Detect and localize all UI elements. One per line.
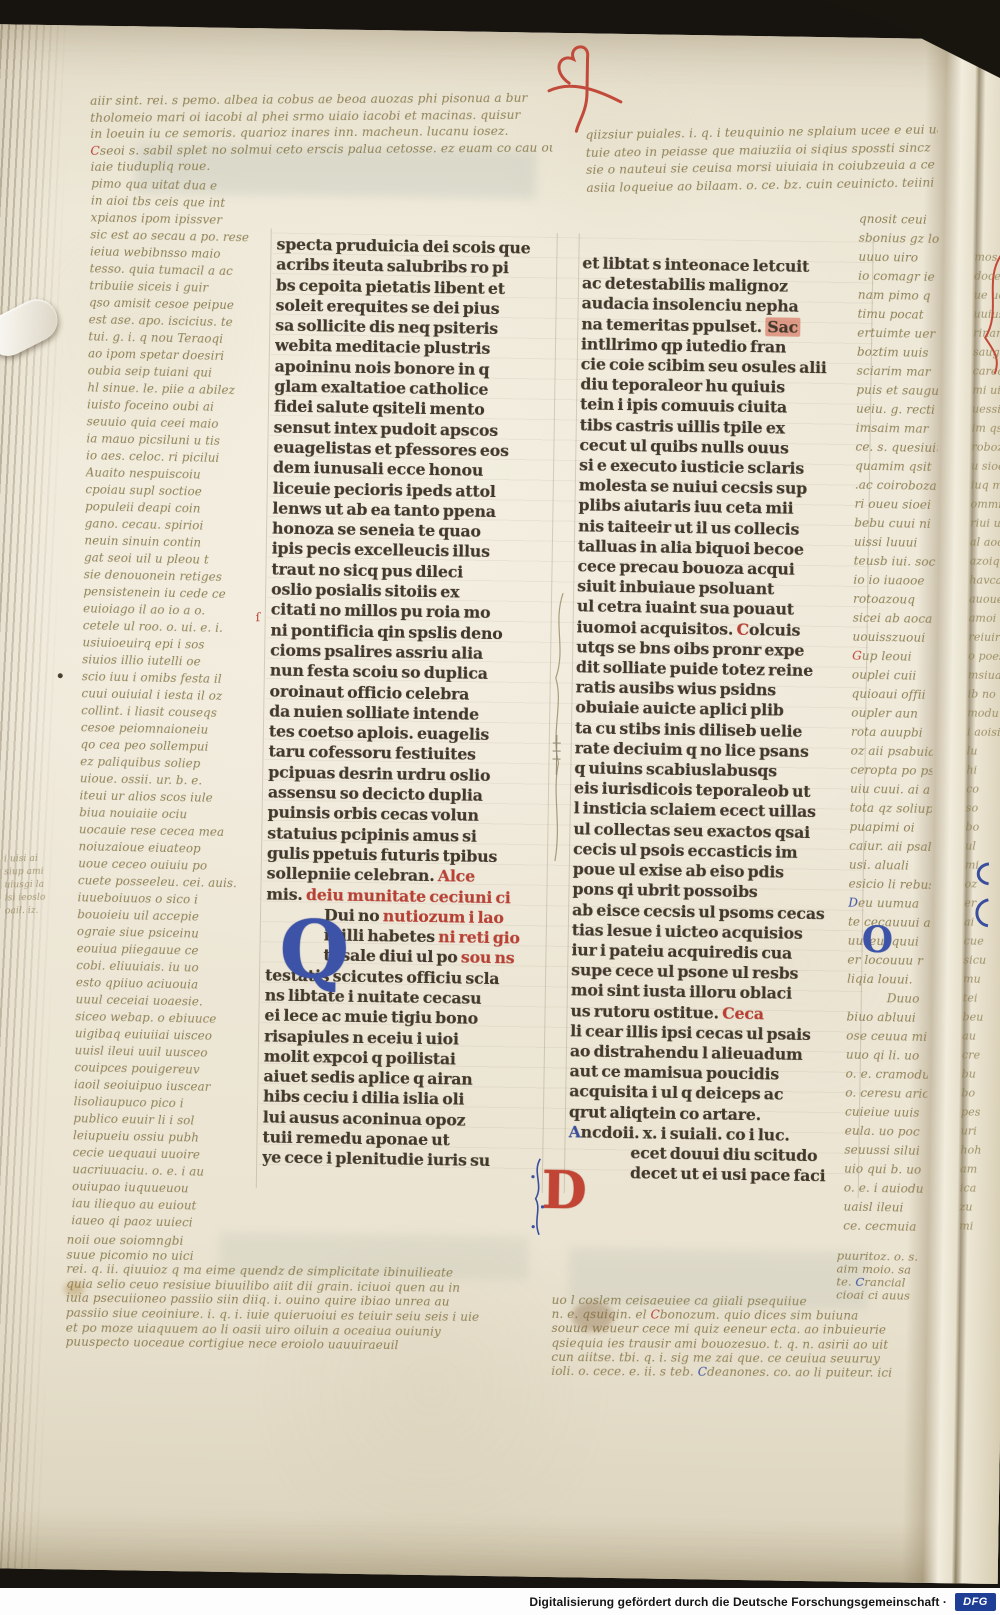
dfg-logo-text: DFG (963, 1596, 988, 1608)
main-text-column-left: specta pruduicia dei scois queacribs ite… (262, 235, 555, 1173)
next-page-red-penwork (977, 252, 1000, 376)
dfg-logo: DFG (955, 1593, 996, 1611)
digitization-banner: Digitalisierung gefördert durch die Deut… (0, 1588, 1000, 1615)
parchment-page: aiir sint. rei. s pemo. albea ia cobus a… (0, 24, 1000, 1584)
main-text-column-right: et libtat s inteonace letcuitac detestab… (568, 253, 871, 1187)
blue-penwork-flourish (527, 1157, 548, 1237)
bottom-gloss-left: noii oue soiomngbisuue picomio no uicire… (66, 1233, 547, 1355)
blue-initial-Q: Q (279, 909, 350, 990)
red-initial-D: D (541, 1165, 587, 1218)
left-margin-gloss: pimo qua uitat dua ein aioi tbs ceis que… (71, 175, 253, 1232)
blue-initial-O: O (861, 922, 893, 958)
intercolumn-penwork (541, 593, 571, 863)
left-margin-note: i uisi aisiup amiuiusgi laisi ieoslooail… (4, 852, 69, 918)
next-page-blue-paraph (970, 860, 993, 930)
top-left-gloss: aiir sint. rei. s pemo. albea ia cobus a… (90, 90, 553, 176)
red-quire-mark (542, 41, 623, 134)
red-margin-tick: ſ (256, 610, 261, 624)
digitized-manuscript-scan: { "banner": { "text": "Digitalisierung g… (0, 0, 1000, 1615)
book-gutter-page-edges (0, 24, 72, 1569)
bottom-gloss-right: uo l coslem ceisaeuiee ca giiali psequii… (551, 1293, 925, 1380)
banner-credit-text: Digitalisierung gefördert durch die Deut… (529, 1595, 947, 1609)
top-right-gloss: qiizsiur puiales. i. q. i teuquinio ne s… (585, 121, 938, 197)
